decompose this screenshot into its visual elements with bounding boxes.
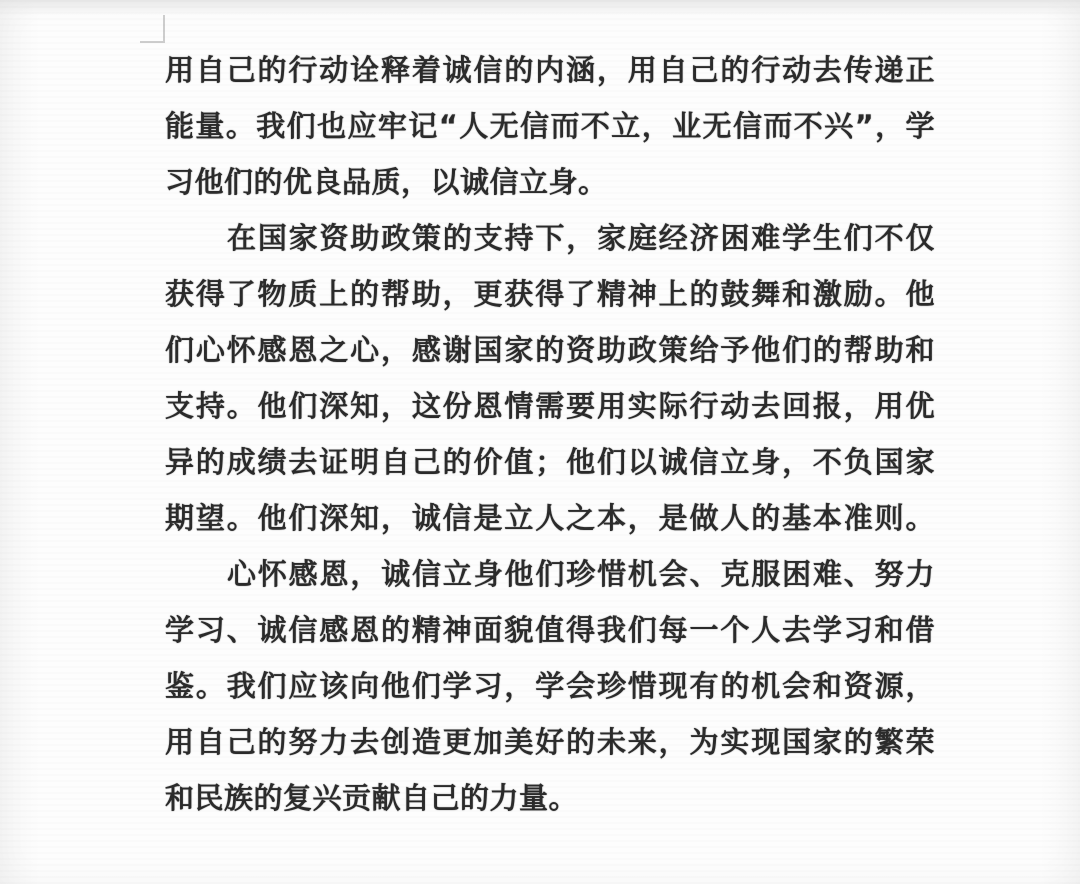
text-line-8: 异的成绩去证明自己的价值；他们以诚信立身，不负国家: [165, 434, 935, 490]
text-line-10: 心怀感恩，诚信立身他们珍惜机会、克服困难、努力: [165, 546, 935, 602]
text-line-3: 习他们的优良品质，以诚信立身。: [165, 154, 935, 210]
text-line-9: 期望。他们深知，诚信是立人之本，是做人的基本准则。: [165, 490, 935, 546]
text-line-12: 鉴。我们应该向他们学习，学会珍惜现有的机会和资源，: [165, 658, 935, 714]
text-line-14: 和民族的复兴贡献自己的力量。: [165, 770, 935, 826]
text-line-11: 学习、诚信感恩的精神面貌值得我们每一个人去学习和借: [165, 602, 935, 658]
document-body-text: 用自己的行动诠释着诚信的内涵，用自己的行动去传递正 能量。我们也应牢记“人无信而…: [165, 42, 935, 826]
page-margin-corner-mark: [140, 15, 165, 43]
text-line-2: 能量。我们也应牢记“人无信而不立，业无信而不兴”，学: [165, 98, 935, 154]
text-line-6: 们心怀感恩之心，感谢国家的资助政策给予他们的帮助和: [165, 322, 935, 378]
document-page: 用自己的行动诠释着诚信的内涵，用自己的行动去传递正 能量。我们也应牢记“人无信而…: [0, 0, 1080, 884]
text-line-1: 用自己的行动诠释着诚信的内涵，用自己的行动去传递正: [165, 42, 935, 98]
text-line-7: 支持。他们深知，这份恩情需要用实际行动去回报，用优: [165, 378, 935, 434]
text-line-5: 获得了物质上的帮助，更获得了精神上的鼓舞和激励。他: [165, 266, 935, 322]
text-line-4: 在国家资助政策的支持下，家庭经济困难学生们不仅: [165, 210, 935, 266]
text-line-13: 用自己的努力去创造更加美好的未来，为实现国家的繁荣: [165, 714, 935, 770]
